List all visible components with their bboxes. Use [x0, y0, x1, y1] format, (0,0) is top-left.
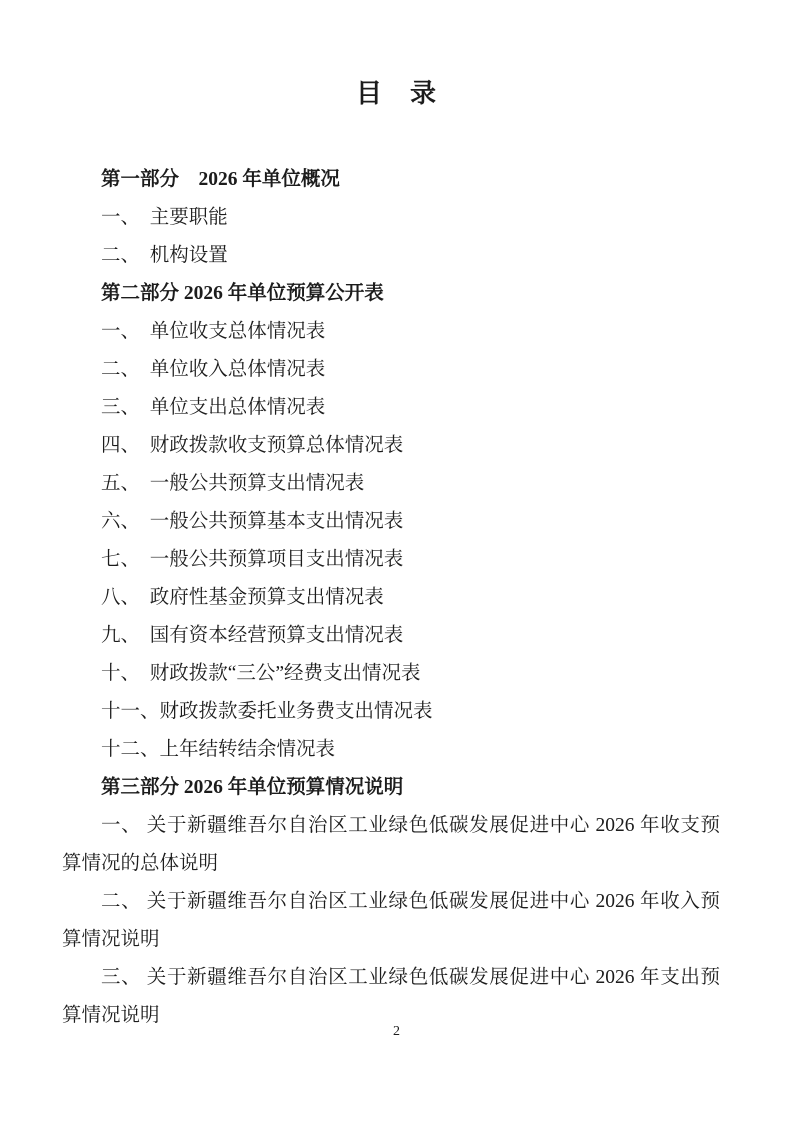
- toc-part-2-heading: 第二部分 2026 年单位预算公开表: [62, 275, 720, 313]
- toc-part-1-heading: 第一部分 2026 年单位概况: [62, 161, 720, 199]
- toc-entry-part2-9: 九、 国有资本经营预算支出情况表: [62, 617, 720, 655]
- toc-entry-part2-3: 三、 单位支出总体情况表: [62, 389, 720, 427]
- toc-entry-part2-5: 五、 一般公共预算支出情况表: [62, 465, 720, 503]
- toc-entry-part2-1: 一、 单位收支总体情况表: [62, 313, 720, 351]
- toc-entry-part2-8: 八、 政府性基金预算支出情况表: [62, 579, 720, 617]
- page-title: 目 录: [0, 78, 793, 110]
- toc-entry-part2-10: 十、 财政拨款“三公”经费支出情况表: [62, 655, 720, 693]
- document-page: 目 录 第一部分 2026 年单位概况 一、 主要职能 二、 机构设置 第二部分…: [0, 0, 793, 1122]
- page-number: 2: [0, 1022, 793, 1042]
- toc-entry-part3-2: 二、 关于新疆维吾尔自治区工业绿色低碳发展促进中心 2026 年收入预算情况说明: [62, 883, 720, 959]
- toc-part-3-heading: 第三部分 2026 年单位预算情况说明: [62, 769, 720, 807]
- table-of-contents: 第一部分 2026 年单位概况 一、 主要职能 二、 机构设置 第二部分 202…: [62, 161, 720, 1035]
- toc-entry-part2-6: 六、 一般公共预算基本支出情况表: [62, 503, 720, 541]
- toc-entry-part2-4: 四、 财政拨款收支预算总体情况表: [62, 427, 720, 465]
- toc-entry-part1-1: 一、 主要职能: [62, 199, 720, 237]
- toc-entry-part2-7: 七、 一般公共预算项目支出情况表: [62, 541, 720, 579]
- toc-entry-part1-2: 二、 机构设置: [62, 237, 720, 275]
- toc-entry-part2-11: 十一、财政拨款委托业务费支出情况表: [62, 693, 720, 731]
- toc-entry-part2-12: 十二、上年结转结余情况表: [62, 731, 720, 769]
- toc-entry-part2-2: 二、 单位收入总体情况表: [62, 351, 720, 389]
- toc-entry-part3-1: 一、 关于新疆维吾尔自治区工业绿色低碳发展促进中心 2026 年收支预算情况的总…: [62, 807, 720, 883]
